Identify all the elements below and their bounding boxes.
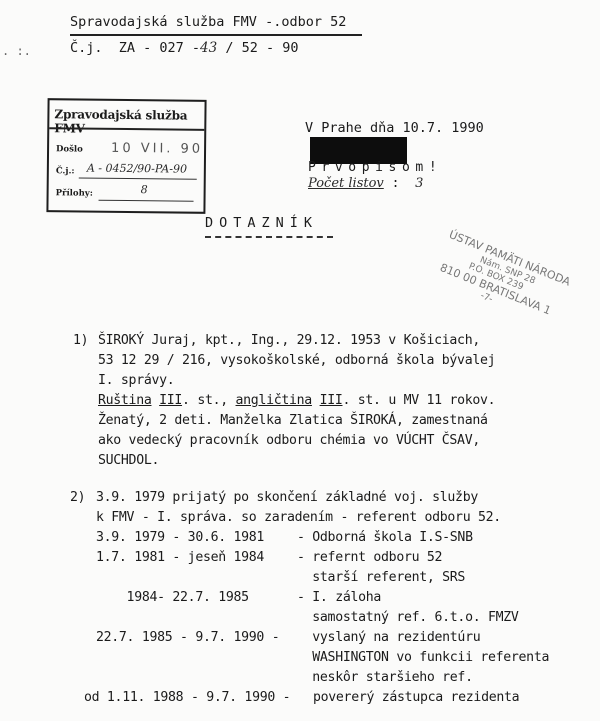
section2-intro: k FMV - I. správa. so zaradením - refere… bbox=[96, 510, 501, 525]
language-russian: Ruština bbox=[98, 393, 151, 408]
career-desc: - Odborná škola I.S-SNB bbox=[297, 530, 473, 545]
career-desc: - refernt odboru 52 bbox=[297, 550, 442, 565]
section1-languages: Ruština III. st., angličtina III. st. u … bbox=[98, 393, 495, 408]
page-count-value: 3 bbox=[415, 176, 423, 191]
section2-intro: 3.9. 1979 prijatý po skončení základné v… bbox=[96, 490, 478, 505]
career-desc: neskôr staršieho ref. bbox=[297, 670, 473, 685]
language-rest: . st. u MV 11 rokov. bbox=[343, 393, 496, 408]
section1-line: ŠIROKÝ Juraj, kpt., Ing., 29.12. 1953 v … bbox=[98, 333, 480, 348]
section2-number: 2) bbox=[70, 490, 85, 505]
stamp-attachments-value: 8 bbox=[141, 183, 148, 196]
stamp-attachments-label: Přílohy: bbox=[56, 188, 93, 198]
place-date: V Prahe dňa 10.7. 1990 bbox=[305, 120, 484, 136]
copy-notice: Prvopisom! bbox=[308, 160, 442, 175]
section1-line: Ženatý, 2 deti. Manželka Zlatica ŠIROKÁ,… bbox=[98, 413, 488, 428]
career-period: 3.9. 1979 - 30.6. 1981 bbox=[96, 530, 264, 545]
section1-line: ako vedecký pracovník odboru chémia vo V… bbox=[98, 433, 480, 448]
career-desc: starší referent, SRS bbox=[297, 570, 465, 585]
career-desc: samostatný ref. 6.t.o. FMZV bbox=[297, 610, 519, 625]
issuing-office: Spravodajská služba FMV -.odbor 52 bbox=[70, 14, 346, 30]
stamp-ref-value: A - 0452/90-PA-90 bbox=[87, 162, 187, 176]
language-russian-level: III bbox=[159, 393, 182, 408]
career-desc: WASHINGTON vo funkcii referenta bbox=[297, 650, 549, 665]
scan-specks: . :. bbox=[2, 44, 31, 58]
reference-prefix: Č.j. ZA - 027 - bbox=[70, 40, 200, 56]
career-desc: vyslaný na rezidentúru bbox=[297, 630, 480, 645]
stamp-ref-line bbox=[79, 178, 197, 180]
reference-handwritten: 43 bbox=[200, 40, 217, 56]
page-count: Počet listov : 3 bbox=[308, 176, 423, 191]
career-period: 1984- 22.7. 1985 bbox=[96, 590, 249, 605]
career-period: 1.7. 1981 - jeseň 1984 bbox=[96, 550, 264, 565]
page-count-label: Počet listov bbox=[308, 176, 384, 191]
reference-suffix: / 52 - 90 bbox=[217, 40, 298, 56]
language-separator: . st., bbox=[182, 393, 235, 408]
stamp-received-date: 10 VII. 90 bbox=[111, 141, 203, 157]
section1-line: I. správy. bbox=[98, 373, 174, 388]
career-desc: povererý zástupca rezidenta bbox=[313, 690, 519, 705]
title-underline bbox=[205, 236, 333, 238]
language-english-level: III bbox=[320, 393, 343, 408]
career-desc: - I. záloha bbox=[297, 590, 381, 605]
section1-line: SUCHDOL. bbox=[98, 453, 159, 468]
receipt-stamp: Zpravodajská služba FMV Došlo 10 VII. 90… bbox=[46, 98, 206, 214]
career-period: 22.7. 1985 - 9.7. 1990 - bbox=[96, 630, 279, 645]
document-title: DOTAZNÍK bbox=[205, 215, 318, 231]
stamp-attachments-line bbox=[99, 200, 194, 202]
language-english: angličtina bbox=[236, 393, 312, 408]
section1-number: 1) bbox=[73, 333, 88, 348]
career-period: od 1.11. 1988 - 9.7. 1990 - bbox=[84, 690, 290, 705]
stamp-received-label: Došlo bbox=[56, 144, 83, 154]
stamp-ref-label: Č.j.: bbox=[56, 166, 75, 176]
section1-line: 53 12 29 / 216, vysokoškolské, odborná š… bbox=[98, 353, 495, 368]
header-rule bbox=[70, 34, 362, 36]
stamp-title: Zpravodajská služba FMV bbox=[54, 107, 204, 137]
reference-number: Č.j. ZA - 027 -43 / 52 - 90 bbox=[70, 40, 299, 56]
